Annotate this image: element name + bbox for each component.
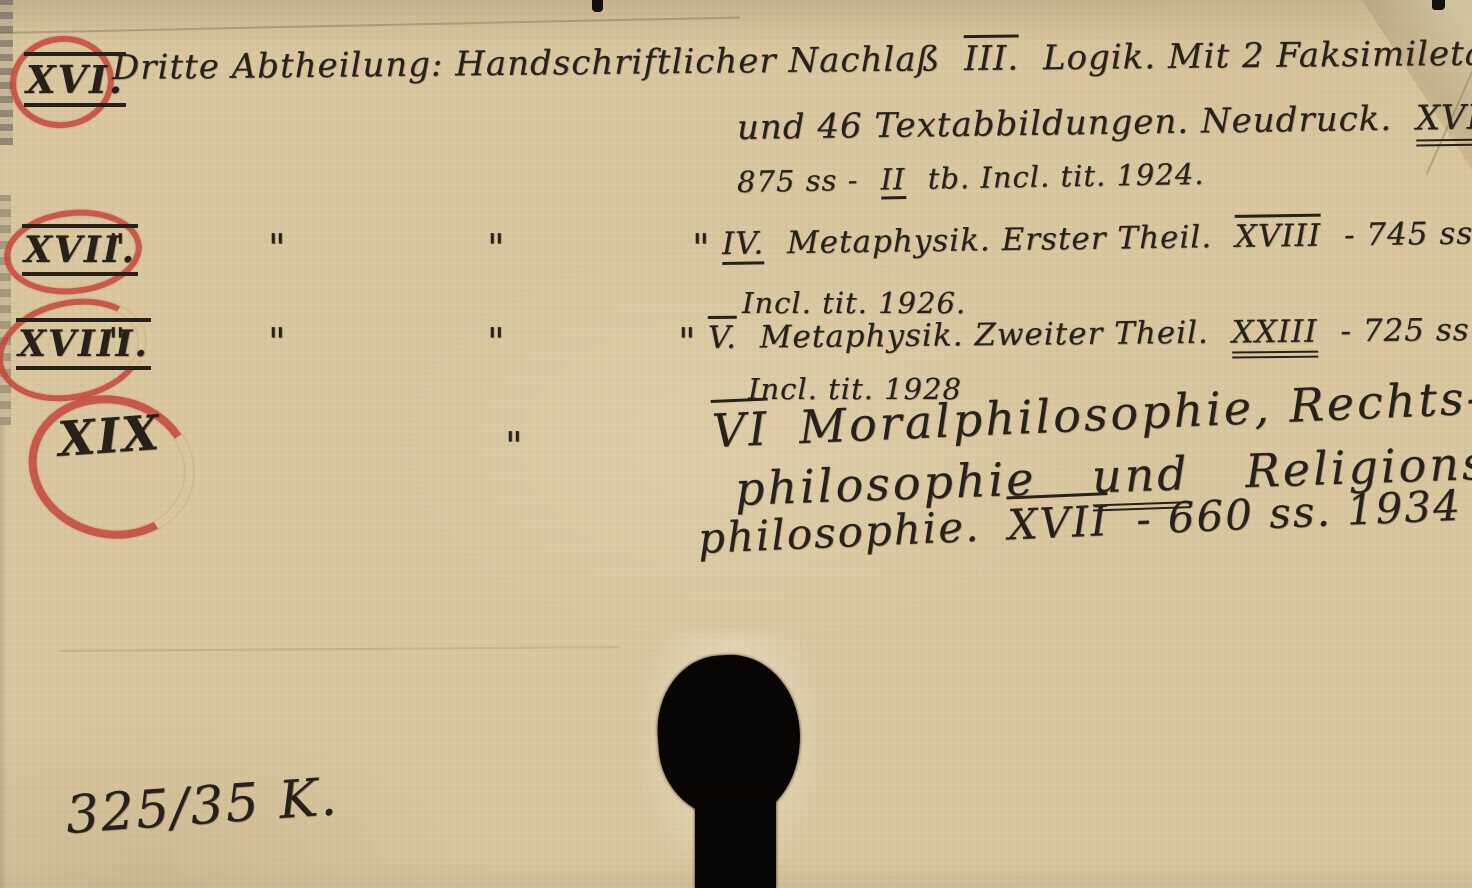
volume-numeral: VI	[711, 398, 771, 458]
line3-text: tb. Incl. tit. 1924.	[927, 157, 1204, 196]
ditto-mark: "	[108, 320, 127, 364]
red-circle-xix	[13, 378, 208, 556]
entry-number-xviii: XVIII.	[16, 318, 151, 370]
scan-mark	[592, 0, 603, 12]
pagination-text: - 725 ss.	[1340, 312, 1472, 349]
ditto-mark: "	[108, 226, 127, 270]
ditto-mark: "	[505, 424, 524, 468]
paper-crease	[60, 646, 620, 652]
pagination-numeral: XVI	[1416, 98, 1472, 147]
line1-text: Logik. Mit 2 Faksimiletafeln	[1043, 33, 1472, 78]
pagination-text: - 745 ss.	[1344, 215, 1472, 253]
ditto-mark: "	[692, 226, 711, 270]
entry-xvii-line: IV. Metaphysik. Erster Theil. XVIII - 74…	[722, 215, 1472, 262]
punch-hole-slot	[695, 792, 776, 888]
entry-xviii-line: V. Metaphysik. Zweiter Theil. XXIII - 72…	[708, 312, 1472, 356]
entry-xvii-subline: Incl. tit. 1926.	[742, 286, 966, 320]
title-text: Metaphysik. Zweiter Theil.	[759, 315, 1209, 356]
pagination-numeral: XVIII	[1235, 214, 1322, 255]
ditto-mark: "	[678, 320, 697, 364]
pagination-numeral: XVII	[1006, 492, 1110, 549]
scan-mark	[1432, 0, 1445, 10]
line3-text: 875 ss -	[737, 163, 859, 199]
entry-number-xvi: XVI.	[24, 52, 126, 107]
volume-numeral: V.	[708, 316, 737, 356]
line1-text: Dritte Abtheilung: Handschriftlicher Nac…	[112, 39, 941, 88]
volume-numeral: IV.	[722, 225, 765, 265]
catalog-card: XVI. Dritte Abtheilung: Handschriftliche…	[0, 0, 1472, 888]
shelfmark: 325/35 K.	[64, 767, 340, 846]
entry-xvi-line2: und 46 Textabbildungen. Neudruck. XVI -	[737, 97, 1472, 148]
line2-text: und 46 Textabbildungen. Neudruck.	[737, 99, 1393, 148]
pagination-numeral: XXIII	[1231, 314, 1317, 359]
ditto-mark: "	[268, 320, 287, 364]
card-top-edge-crease	[0, 17, 740, 34]
title-text: Metaphysik. Erster Theil.	[787, 219, 1213, 261]
volume-numeral: III.	[964, 35, 1020, 80]
entry-xvi-line1: Dritte Abtheilung: Handschriftlicher Nac…	[112, 33, 1472, 88]
ditto-mark: "	[268, 226, 287, 270]
entry-xvi-line3: 875 ss - II tb. Incl. tit. 1924.	[737, 157, 1205, 199]
scan-edge-left	[0, 425, 8, 888]
plates-numeral: II	[880, 162, 906, 199]
entry-number-xix: XIX	[56, 405, 163, 468]
ditto-mark: "	[487, 226, 506, 270]
scan-edge-left	[0, 195, 11, 425]
ditto-mark: "	[487, 320, 506, 364]
